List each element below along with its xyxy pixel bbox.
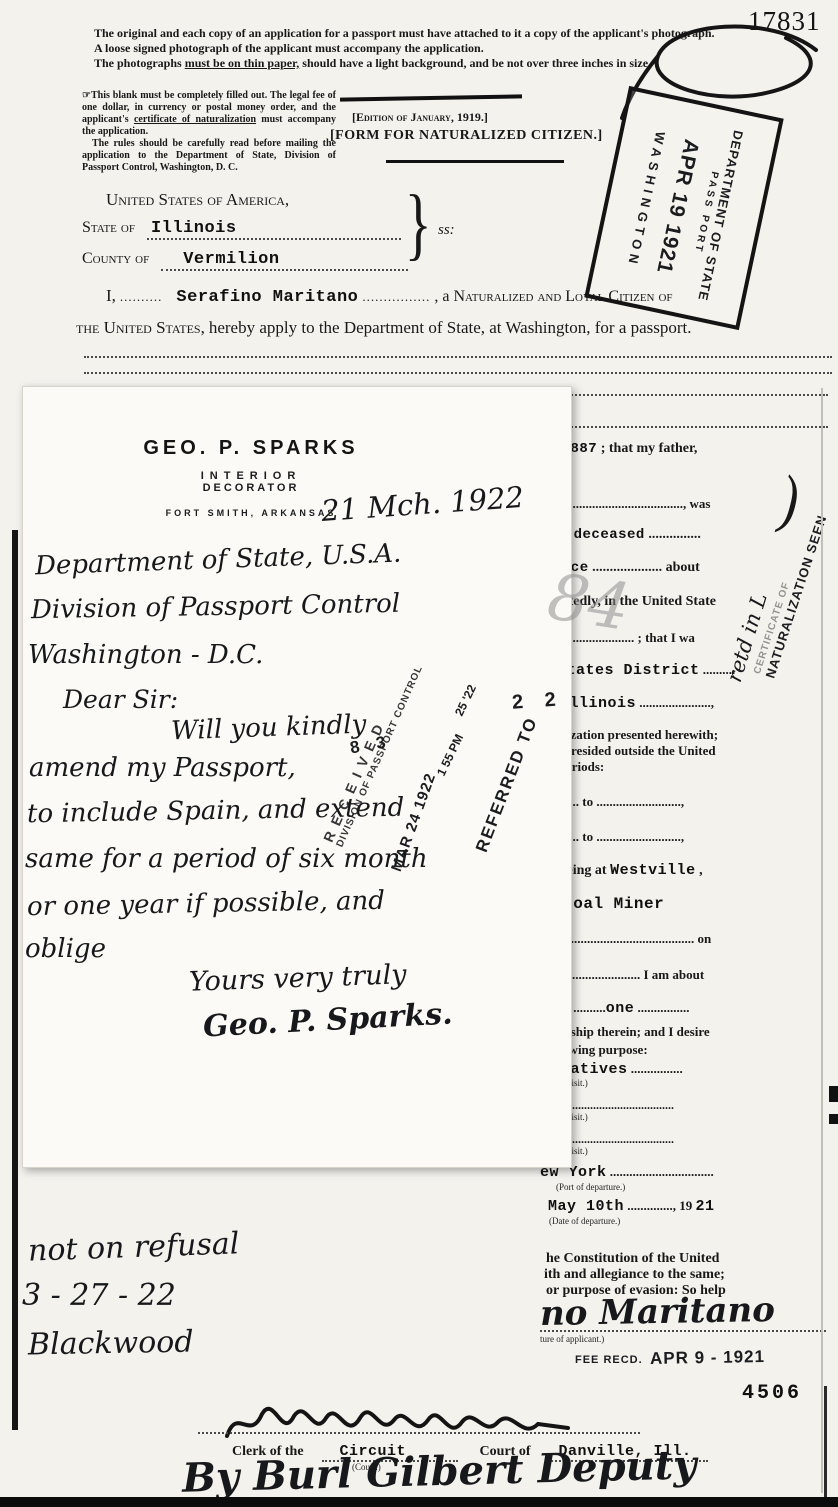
form-row-to-1: ........ to .........................., bbox=[553, 794, 684, 810]
frag-typed: 21 bbox=[696, 1198, 715, 1215]
dotted-rule-4 bbox=[556, 426, 828, 428]
jurat-brace: } bbox=[405, 184, 432, 264]
date-of-departure-label: (Date of departure.) bbox=[549, 1216, 620, 1226]
port-of-departure-label: (Port of departure.) bbox=[556, 1182, 625, 1192]
frag: ......................, bbox=[636, 695, 714, 710]
page-right-edge bbox=[821, 388, 823, 1493]
declaration-line-1: I, .......... Serafino Maritano ........… bbox=[106, 286, 673, 307]
frag: ................ bbox=[634, 1000, 689, 1015]
letter-body-4: same for a period of six month bbox=[25, 844, 428, 874]
frag: ; that my father, bbox=[597, 441, 697, 456]
frag-typed: one bbox=[606, 1000, 635, 1017]
jurat-country: United States of America, bbox=[106, 190, 289, 210]
form-row-resided: ave resided outside the United bbox=[549, 743, 716, 759]
sparks-letter: GEO. P. SPARKS INTERIOR DECORATOR FORT S… bbox=[22, 386, 572, 1168]
frag: ................................ bbox=[607, 1164, 714, 1179]
clerk-signature-rule bbox=[198, 1432, 640, 1434]
refusal-note-line1: not on refusal bbox=[27, 1226, 239, 1268]
decl-l2-rest: hereby apply to the Department of State,… bbox=[209, 318, 692, 337]
form-row-date-departure: May 10th .............., 19 21 bbox=[548, 1197, 715, 1215]
county-label: County of bbox=[82, 250, 149, 267]
notice-1-underlined: certificate of naturalization bbox=[134, 114, 256, 125]
form-row-deceased: ow deceased ............... bbox=[553, 527, 701, 543]
frag-typed: deceased bbox=[574, 527, 645, 543]
letter-salutation: Dear Sir: bbox=[63, 685, 178, 714]
jurat-county-row: County of Vermilion bbox=[82, 250, 408, 271]
form-title: [FORM FOR NATURALIZED CITIZEN.] bbox=[330, 128, 603, 144]
divider-rule-top bbox=[340, 94, 522, 101]
form-row-illinois: Illinois ......................, bbox=[560, 694, 714, 712]
decl-i: I, bbox=[106, 286, 116, 305]
instruction-line-2: A loose signed photograph of the applica… bbox=[94, 41, 830, 56]
letterhead-name: GEO. P. SPARKS bbox=[139, 437, 363, 460]
form-row-was: ........................................… bbox=[553, 496, 710, 512]
notice-paragraph-1: ☞This blank must be completely filled ou… bbox=[82, 90, 336, 138]
decl-rest-sc: Naturalized and Loyal Citizen of bbox=[453, 288, 672, 305]
dotted-rule-2 bbox=[84, 372, 832, 374]
divider-rule-title bbox=[386, 160, 564, 163]
frag: ................ bbox=[628, 1061, 683, 1076]
letter-body-5: or one year if possible, and bbox=[27, 886, 385, 922]
pencil-84-note: 84 bbox=[543, 560, 635, 646]
decl-dots1: .......... bbox=[120, 289, 163, 304]
frag-typed: Coal Miner bbox=[563, 895, 664, 913]
digits-22-stamp: 2 2 bbox=[511, 688, 564, 715]
notice-paragraph-2: The rules should be carefully read befor… bbox=[82, 138, 336, 174]
frag-typed: May 10th bbox=[548, 1198, 624, 1215]
photo-instructions: The original and each copy of an applica… bbox=[94, 26, 830, 71]
state-label: State of bbox=[82, 219, 135, 236]
decl-dots2: ................ bbox=[362, 289, 430, 304]
decl-rest-pre: , a bbox=[434, 288, 453, 305]
form-row-to-2: ........ to .........................., bbox=[553, 829, 684, 845]
refusal-note-line2: 3 - 27 - 22 bbox=[22, 1278, 176, 1313]
clerk-signature-scrawl bbox=[222, 1398, 572, 1446]
state-value: Illinois bbox=[147, 219, 401, 240]
frag: , bbox=[696, 863, 703, 878]
scan-bottom-band bbox=[0, 1497, 838, 1507]
signature-of-applicant-label: ture of applicant.) bbox=[540, 1334, 604, 1344]
instruction-3-underlined: must be on thin paper, bbox=[185, 56, 300, 70]
signature-rule bbox=[540, 1330, 826, 1332]
frag-typed: Westville bbox=[610, 862, 696, 879]
form-row-westville: e being at Westville , bbox=[549, 861, 703, 879]
instruction-line-3: The photographs must be on thin paper, s… bbox=[94, 56, 830, 71]
instruction-3-post: should have a light background, and be n… bbox=[299, 56, 651, 70]
dotted-rule-1 bbox=[84, 356, 832, 358]
frag: ............... bbox=[645, 527, 701, 542]
letter-body-1: Will you kindly bbox=[171, 710, 367, 747]
form-row-herewith: ralization presented herewith; bbox=[551, 727, 718, 743]
fee-date-stamp: APR 9 - 1921 bbox=[650, 1347, 765, 1369]
letter-closing: Yours very truly bbox=[189, 959, 407, 998]
form-row-district: States District .......... bbox=[557, 661, 735, 679]
letterhead-title-2: DECORATOR bbox=[139, 482, 363, 494]
applicant-signature: no Maritano bbox=[540, 1290, 776, 1334]
scanned-passport-application: 17831 The original and each copy of an a… bbox=[0, 0, 838, 1507]
form-row-constitution: he Constitution of the United bbox=[546, 1251, 719, 1267]
fee-number: 4506 bbox=[742, 1382, 802, 1405]
form-row-father: , 1 887 ; that my father, bbox=[553, 441, 697, 457]
applicant-name: Serafino Maritano bbox=[176, 288, 358, 307]
letter-body-6: oblige bbox=[25, 934, 106, 964]
instruction-line-1: The original and each copy of an applica… bbox=[94, 26, 830, 41]
form-row-on: ........................................… bbox=[548, 931, 711, 947]
letter-address-3: Washington - D.C. bbox=[28, 640, 263, 670]
frag-typed: States District bbox=[557, 662, 700, 679]
declaration-line-2: the United States, hereby apply to the D… bbox=[76, 318, 692, 338]
frag: .............., 19 bbox=[624, 1198, 696, 1213]
form-row-allegiance: ith and allegiance to the same; bbox=[544, 1267, 725, 1283]
scan-edge-mark-1 bbox=[829, 1086, 838, 1102]
letter-body-2: amend my Passport, bbox=[29, 753, 296, 783]
jurat-state-row: State of Illinois bbox=[82, 219, 401, 240]
notice-block: ☞This blank must be completely filled ou… bbox=[82, 90, 336, 174]
scan-edge-mark-2 bbox=[829, 1114, 838, 1124]
edition-line: [Edition of January, 1919.] bbox=[352, 110, 488, 125]
scan-right-edge-bar bbox=[824, 1386, 827, 1498]
refusal-note-line3: Blackwood bbox=[28, 1325, 194, 1363]
letterhead-title-1: INTERIOR bbox=[139, 470, 363, 482]
county-value: Vermilion bbox=[161, 250, 408, 271]
scan-left-edge-bar bbox=[12, 530, 18, 1430]
letter-address-1: Department of State, U.S.A. bbox=[35, 539, 402, 582]
fee-recd-stamp: FEE RECD. bbox=[575, 1354, 643, 1366]
jurat-ss: ss: bbox=[438, 222, 455, 239]
frag-typed: 887 bbox=[571, 441, 598, 457]
instruction-3-pre: The photographs bbox=[94, 56, 185, 70]
dotted-rule-3 bbox=[556, 394, 828, 396]
letter-address-2: Division of Passport Control bbox=[31, 589, 401, 625]
decl-l2-sc: the United States, bbox=[76, 318, 205, 337]
letter-signature: Geo. P. Sparks. bbox=[202, 996, 453, 1044]
